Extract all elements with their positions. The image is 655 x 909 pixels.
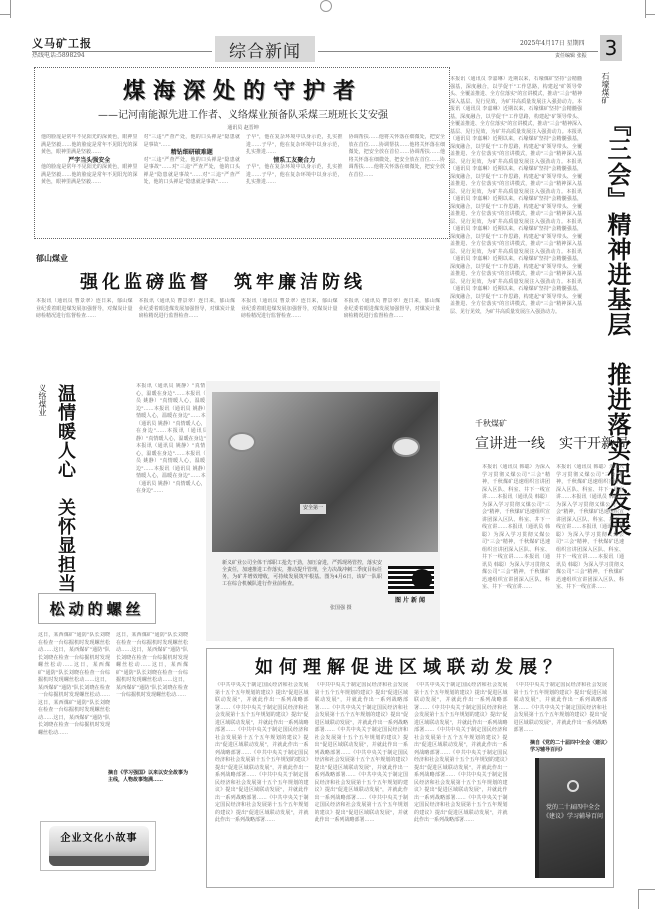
feature-subtitle: ——记河南能源先进工作者、义络煤业预备队采煤三班班长艾安强 (35, 106, 451, 121)
banner-title: 企业文化小故事 (49, 829, 149, 844)
crop-mark (645, 14, 655, 15)
book-caption: 摘自《党的二十届四中全会〈建议〉学习辅导百问》 (530, 740, 610, 754)
yushan-source-label: 郁山煤业 (36, 253, 68, 264)
sanhui-source-label: 石壕煤矿 (596, 72, 610, 104)
book-title: 党的二十届四中全会《建议》学习辅导百问 (543, 802, 603, 820)
crop-mark (10, 0, 11, 18)
feature-body: 他的脸庞是常年不见阳光的深黄色，眼神里满是坚毅……他的脸庞是常年不见阳光的深黄色… (41, 134, 445, 234)
crop-mark (638, 889, 639, 909)
issue-date: 2025年4月17日 星期四 (520, 38, 585, 47)
masthead-name: 义马矿工报 (32, 35, 92, 51)
songdong-source-note: 摘自《学习强国》以来以安全故事为主线，人物故事饱满…… (108, 770, 188, 784)
feature-subhead: 精钻细研破难题 (144, 149, 241, 157)
photo-caption: 新义矿业公司全体干部职工抢先干劲，加压奋进，严抓现场管控，落实安全责任，加速推进… (222, 560, 382, 588)
news-photo: 安全第一 (212, 392, 438, 552)
qianqiu-headline: 宣讲进一线 实干开新局 (475, 433, 629, 453)
equipment-sign: 安全第一 (300, 504, 326, 514)
section-title: 综合新闻 (215, 36, 315, 62)
feature-article: 煤海深处的守护者 ——记河南能源先进工作者、义络煤业预备队采煤三班班长艾安强 通… (34, 67, 450, 239)
feature-column: 他的脸庞是常年不见阳光的深黄色，眼神里满是坚毅……他的脸庞是常年不见阳光的深黄色… (41, 134, 138, 234)
songdong-headline: 松动的螺丝 (38, 593, 156, 624)
regional-headline: 如何理解促进区域联动发展？ (207, 653, 615, 679)
feature-byline: 通讯员 赵晋坤 (35, 124, 451, 131)
qianqiu-source-label: 千秋煤矿 (475, 418, 507, 429)
yushan-article-body: 本报讯（通讯员 曹景翠）连日来，郁山煤业纪委着眼进煤发展加强督导，对煤炭计量磅检… (36, 298, 440, 326)
photo-news-logo: 图片新闻 (388, 566, 434, 604)
book-cover-image: 党的二十届四中全会《建议》学习辅导百问 (535, 758, 605, 878)
qianqiu-article-body: 本报讯（通讯员 韩聪）为深入学习贯彻义煤公司"三会"精神，千秋煤矿迅速组织宣讲团… (482, 464, 624, 624)
logo-circle-icon (412, 569, 432, 589)
page-number: 3 (600, 35, 622, 61)
worker-helmet-icon (228, 432, 256, 452)
feature-subhead: 严字当头强安全 (41, 157, 138, 165)
feature-column: 子早"，他在复杂环境中以身示范，扎实推进……子早"，他在复杂环境中以身示范，扎实… (246, 134, 343, 234)
feature-column: 协调帮扶……他将关怀落在细微处，把安全放在首位……协调帮扶……他将关怀落在细微处… (349, 134, 446, 234)
registration-mark (320, 0, 332, 12)
header-divider (32, 51, 212, 52)
crop-mark (645, 0, 646, 18)
worker-helmet-icon (392, 437, 420, 457)
crop-mark (0, 14, 10, 15)
feature-title: 煤海深处的守护者 (35, 74, 451, 105)
wenluo-source-label: 义络煤业 (38, 384, 47, 416)
feature-column: 对"三违"严查严处，他的口头禅是"隐患就是事故"…… 精钻细研破难题 对"三违"… (144, 134, 241, 234)
wenluo-headline: 温情暖人心 关怀显担当 (56, 384, 75, 593)
banner-image: 企业文化小故事 (49, 826, 149, 866)
culture-story-banner: 企业文化小故事 (40, 821, 156, 871)
crop-mark (638, 889, 655, 890)
party-emblem-icon (567, 780, 579, 792)
editor-credit: 责任编辑 张振 (555, 52, 587, 59)
banner-figures-icon (49, 856, 149, 866)
songdong-article-body: 这日，某西煤矿"通防"队长刘晓在检查一台综掘机时发现螺丝松动……这日，某西煤矿"… (38, 632, 188, 812)
sanhui-article-body: 本报讯（通讯员 李嘉琳）近期以来，石壕煤矿坚持"会精髓强基，深度融合，以学促干"… (450, 76, 582, 376)
yushan-headline: 强化监磅监督 筑牢廉洁防线 (80, 268, 366, 294)
photo-credit: 张国强 摄 (330, 604, 352, 611)
wenluo-article-body: 本报讯（通讯员 姚静）"真情暖人心，温暖在身边"……本报讯（通讯员 姚静）"真情… (136, 383, 216, 573)
feature-subhead: 情系工友聚合力 (246, 157, 343, 165)
